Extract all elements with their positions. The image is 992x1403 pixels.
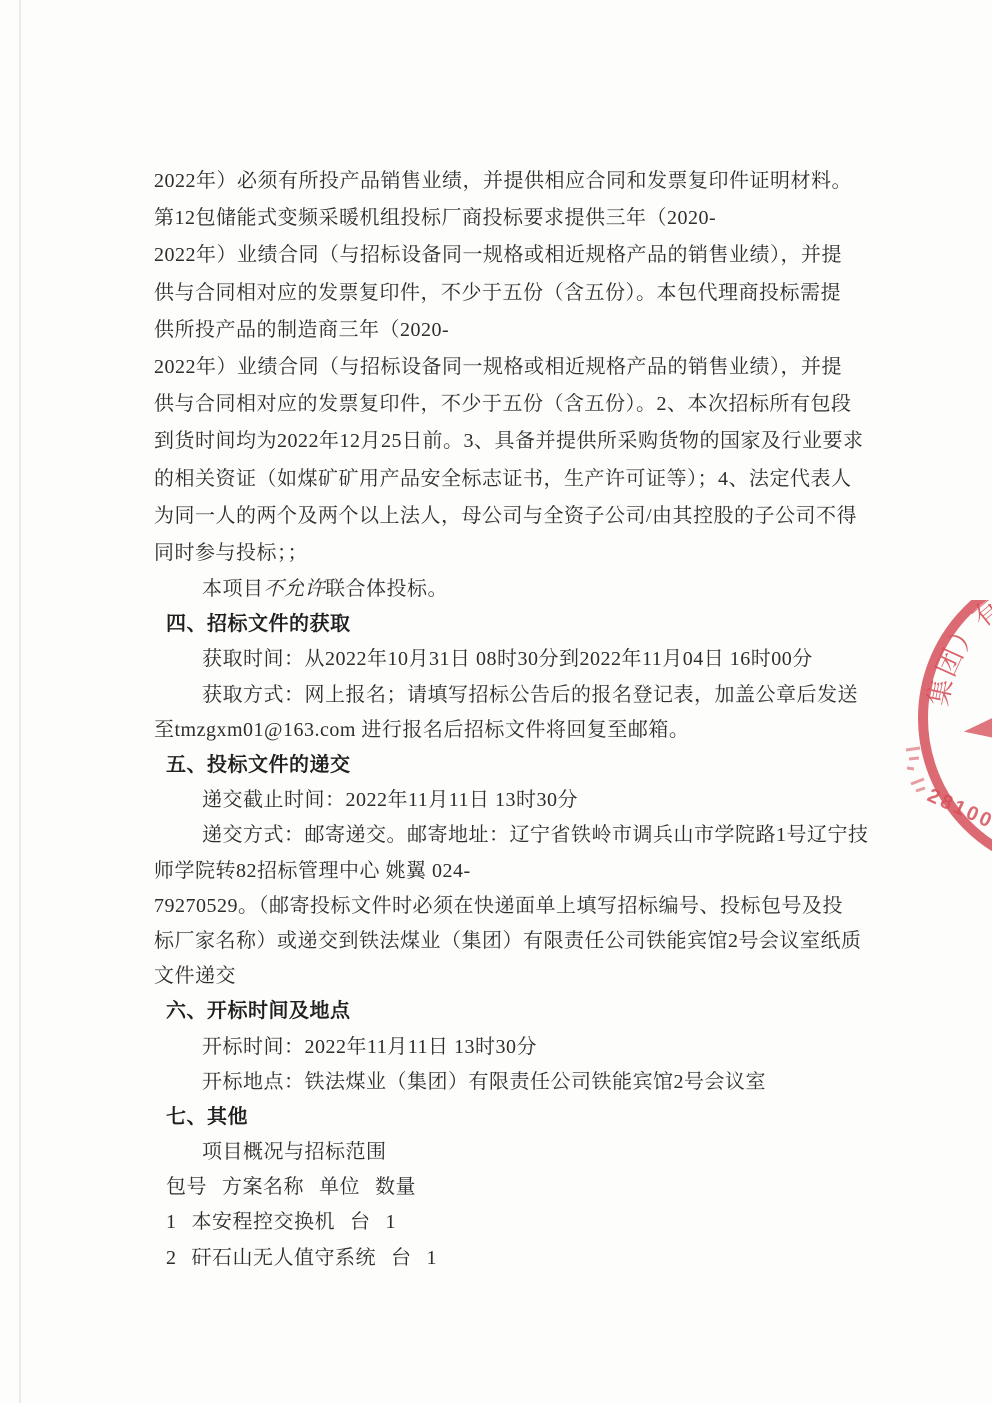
- submit-phone-line: 79270529。（邮寄投标文件时必须在快递面单上填写招标编号、投标包号及投: [154, 889, 860, 924]
- no-consortium-emphasis: 不允许: [264, 578, 326, 600]
- official-seal-stamp: 集团）有 28100: [880, 600, 992, 892]
- no-consortium-suffix: 联合体投标。: [325, 578, 448, 600]
- header-unit: 单位: [319, 1176, 360, 1198]
- obtain-method-line: 获取方式：网上报名；请填写招标公告后的报名登记表，加盖公章后发送: [154, 678, 860, 713]
- scan-artifact-line: [19, 0, 21, 1403]
- conditions-line: 第12包储能式变频采暖机组投标厂商投标要求提供三年（2020-: [154, 200, 860, 237]
- conditions-line: 供所投产品的制造商三年（2020-: [154, 312, 860, 349]
- header-package-no: 包号: [166, 1176, 207, 1198]
- submit-deadline-line: 递交截止时间：2022年11月11日 13时30分: [154, 783, 860, 818]
- conditions-line: 为同一人的两个及两个以上法人，母公司与全资子公司/由其控股的子公司不得: [154, 498, 860, 535]
- document-page: 2022年）必须有所投产品销售业绩，并提供相应合同和发票复印件证明材料。 第12…: [0, 0, 992, 1403]
- seal-ink-smudge: [906, 748, 925, 791]
- conditions-line: 同时参与投标；；: [154, 535, 860, 572]
- scope-intro-line: 项目概况与招标范围: [154, 1135, 860, 1170]
- header-scheme-name: 方案名称: [222, 1176, 304, 1198]
- row-unit: 台: [391, 1247, 412, 1269]
- row-quantity: 1: [427, 1247, 438, 1269]
- conditions-line: 2022年）业绩合同（与招标设备同一规格或相近规格产品的销售业绩），并提: [154, 237, 860, 274]
- submit-note-line: 标厂家名称）或递交到铁法煤业（集团）有限责任公司铁能宾馆2号会议室纸质: [154, 924, 860, 959]
- obtain-email-line: 至tmzgxm01@163.com 进行报名后招标文件将回复至邮箱。: [154, 713, 860, 748]
- section-6-heading: 六、开标时间及地点: [154, 994, 860, 1029]
- opening-time-line: 开标时间：2022年11月11日 13时30分: [154, 1030, 860, 1065]
- no-consortium-prefix: 本项目: [202, 578, 264, 600]
- package-table-row: 2矸石山无人值守系统台1: [154, 1241, 860, 1276]
- conditions-line: 到货时间均为2022年12月25日前。3、具备并提供所采购货物的国家及行业要求: [154, 423, 860, 460]
- row-scheme-name: 本安程控交换机: [192, 1211, 336, 1233]
- seal-graphic: 集团）有 28100: [880, 600, 992, 892]
- package-table-header: 包号方案名称单位数量: [154, 1170, 860, 1205]
- section-4-heading: 四、招标文件的获取: [154, 607, 860, 642]
- row-quantity: 1: [386, 1211, 397, 1233]
- section-5-heading: 五、投标文件的递交: [154, 748, 860, 783]
- submit-address-line: 师学院转82招标管理中心 姚翼 024-: [154, 854, 860, 889]
- document-content: 2022年）必须有所投产品销售业绩，并提供相应合同和发票复印件证明材料。 第12…: [154, 163, 860, 1276]
- header-quantity: 数量: [375, 1176, 416, 1198]
- section-7-heading: 七、其他: [154, 1100, 860, 1135]
- conditions-line: 的相关资证（如煤矿矿用产品安全标志证书，生产许可证等）；4、法定代表人: [154, 461, 860, 498]
- conditions-line: 供与合同相对应的发票复印件，不少于五份（含五份）。本包代理商投标需提: [154, 275, 860, 312]
- conditions-line: 2022年）业绩合同（与招标设备同一规格或相近规格产品的销售业绩），并提: [154, 349, 860, 386]
- submit-method-line: 递交方式：邮寄递交。邮寄地址：辽宁省铁岭市调兵山市学院路1号辽宁技: [154, 818, 860, 853]
- opening-place-line: 开标地点：铁法煤业（集团）有限责任公司铁能宾馆2号会议室: [154, 1065, 860, 1100]
- row-package-no: 2: [166, 1247, 177, 1269]
- submit-end-line: 文件递交: [154, 959, 860, 994]
- package-table-row: 1本安程控交换机台1: [154, 1205, 860, 1240]
- row-unit: 台: [350, 1211, 371, 1233]
- row-package-no: 1: [166, 1211, 177, 1233]
- conditions-line: 2022年）必须有所投产品销售业绩，并提供相应合同和发票复印件证明材料。: [154, 163, 860, 200]
- no-consortium-line: 本项目不允许联合体投标。: [154, 572, 860, 607]
- row-scheme-name: 矸石山无人值守系统: [192, 1247, 377, 1269]
- seal-serial-number: 28100: [924, 784, 992, 833]
- obtain-time-line: 获取时间：从2022年10月31日 08时30分到2022年11月04日 16时…: [154, 642, 860, 677]
- conditions-line: 供与合同相对应的发票复印件，不少于五份（含五份）。2、本次招标所有包段: [154, 386, 860, 423]
